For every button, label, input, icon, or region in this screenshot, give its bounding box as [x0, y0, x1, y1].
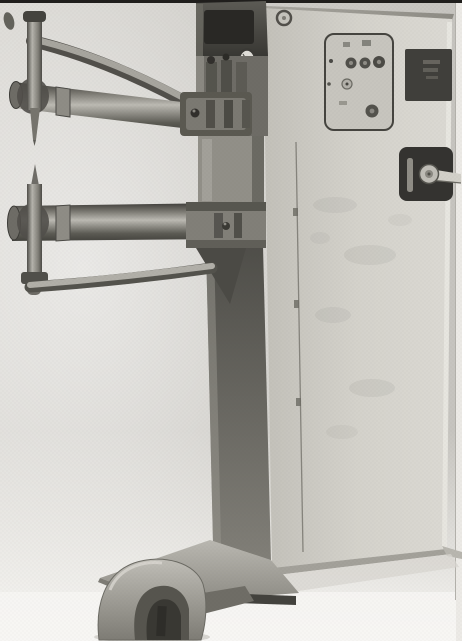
photo-canvas	[0, 0, 462, 641]
spot-welder-photo	[0, 0, 462, 641]
halftone-texture	[0, 0, 462, 641]
